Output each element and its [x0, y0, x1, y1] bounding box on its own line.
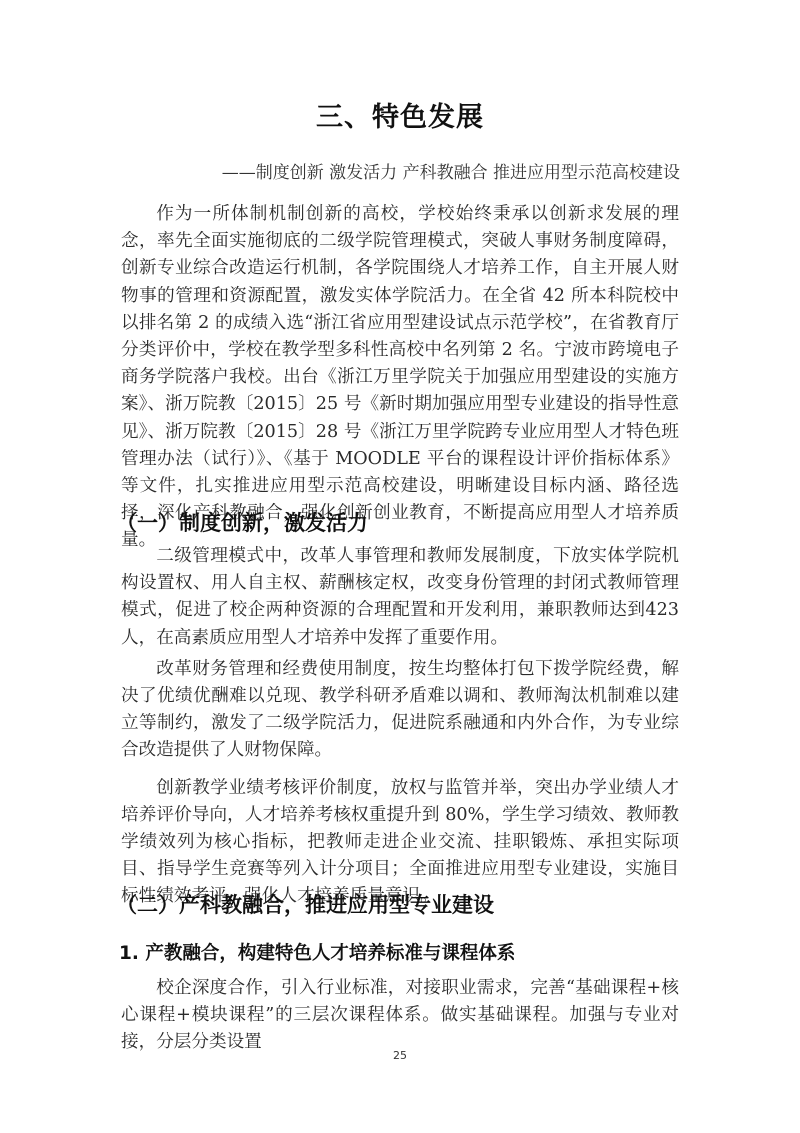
- section-1-body: 二级管理模式中，改革人事管理和教师发展制度，下放实体学院机构设置权、用人自主权、…: [121, 543, 679, 911]
- subsection-2-1-body: 校企深度合作，引入行业标准，对接职业需求，完善“基础课程+核心课程+模块课程”的…: [121, 975, 679, 1057]
- intro-paragraph: 作为一所体制机制创新的高校，学校始终秉承以创新求发展的理念，率先全面实施彻底的二…: [121, 201, 679, 555]
- intro-section: 作为一所体制机制创新的高校，学校始终秉承以创新求发展的理念，率先全面实施彻底的二…: [121, 201, 679, 555]
- section-1-paragraph-1: 二级管理模式中，改革人事管理和教师发展制度，下放实体学院机构设置权、用人自主权、…: [121, 543, 679, 652]
- subsection-heading-2-1: 1. 产教融合，构建特色人才培养标准与课程体系: [119, 940, 515, 968]
- section-heading-2: （二）产科教融合，推进应用型专业建设: [116, 890, 494, 920]
- page-title: 三、特色发展: [0, 100, 800, 136]
- section-heading-1: （一）制度创新，激发活力: [116, 508, 368, 538]
- page-number: 25: [0, 1049, 800, 1062]
- page-subtitle: ——制度创新 激发活力 产科教融合 推进应用型示范高校建设: [222, 160, 680, 186]
- subsection-2-1-paragraph-1: 校企深度合作，引入行业标准，对接职业需求，完善“基础课程+核心课程+模块课程”的…: [121, 975, 679, 1057]
- section-1-paragraph-2: 改革财务管理和经费使用制度，按生均整体打包下拨学院经费，解决了优绩优酬难以兑现、…: [121, 656, 679, 765]
- document-page: 三、特色发展 ——制度创新 激发活力 产科教融合 推进应用型示范高校建设 作为一…: [0, 0, 800, 1133]
